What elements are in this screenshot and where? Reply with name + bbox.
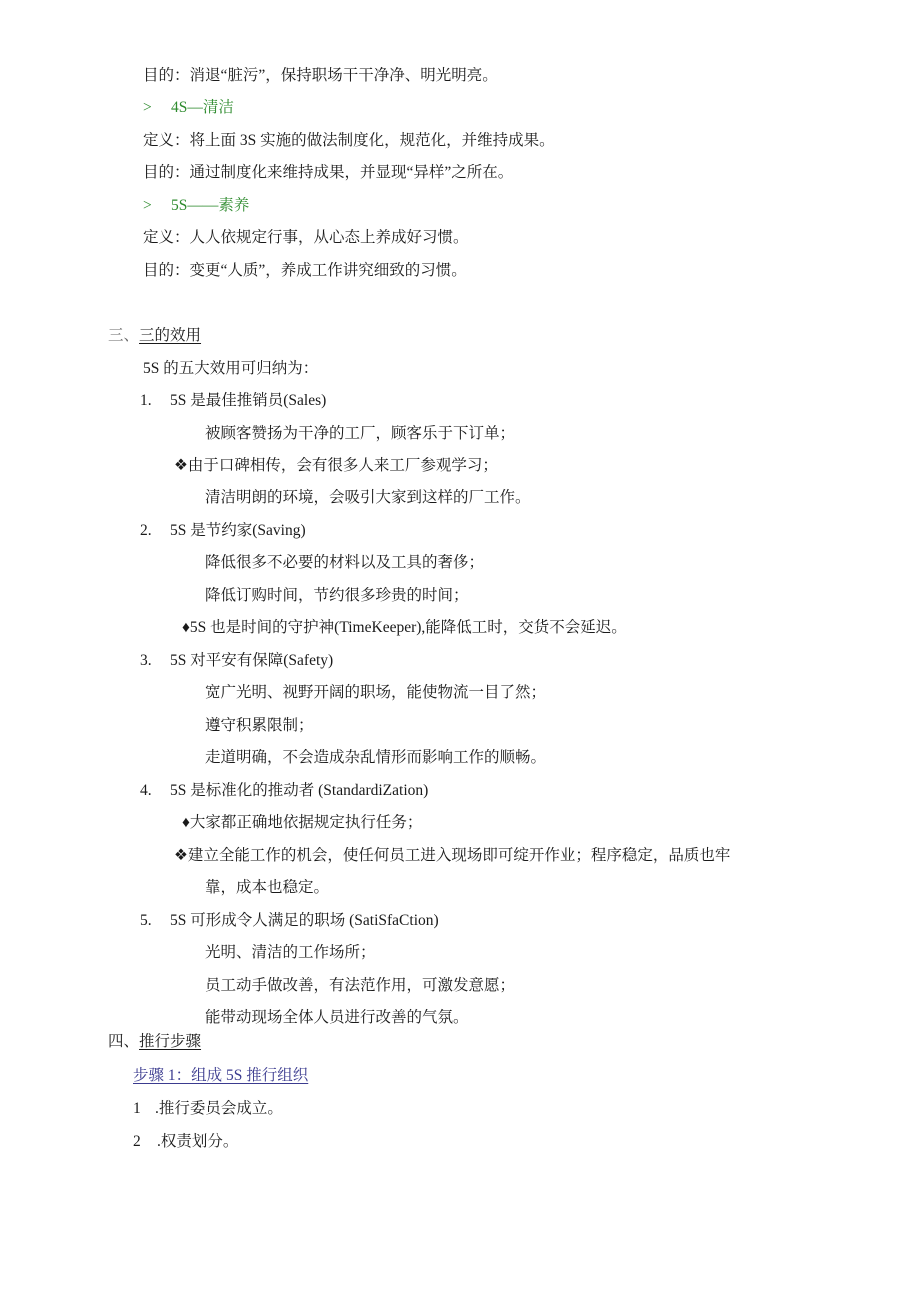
list-item: ❖建立全能工作的机会，使任何员工进入现场即可绽开作业；程序稳定，品质也牢 <box>174 846 730 866</box>
list-item: 清洁明朗的环境，会吸引大家到这样的厂工作。 <box>205 488 531 508</box>
list-item: 降低很多不必要的材料以及工具的奢侈； <box>205 553 484 573</box>
heading-5s-shitsuke: >5S——素养 <box>143 196 249 216</box>
list-item-continuation: 靠，成本也稳定。 <box>205 878 329 898</box>
item-title: 5S 是最佳推销员(Sales) <box>170 392 326 409</box>
list-item: 宽广光明、视野开阔的职场，能使物流一目了然； <box>205 683 546 703</box>
diamond-bullet-icon: ♦ <box>182 618 190 638</box>
section-4-prefix: 四、 <box>108 1033 139 1050</box>
section-3-prefix: 三、 <box>108 327 139 344</box>
chevron-right-icon: > <box>143 98 171 118</box>
list-item: ❖由于口碑相传，会有很多人来工厂参观学习； <box>174 456 498 476</box>
step-number: 2 <box>133 1132 157 1152</box>
benefit-item-4-title: 4.5S 是标准化的推动者 (StandardiZation) <box>140 781 428 801</box>
benefit-item-2-title: 2.5S 是节约家(Saving) <box>140 521 306 541</box>
list-item-text: 由于口碑相传，会有很多人来工厂参观学习； <box>188 457 498 474</box>
section-4-heading: 四、推行步骤 <box>108 1032 201 1052</box>
benefit-item-1-title: 1.5S 是最佳推销员(Sales) <box>140 391 326 411</box>
benefit-item-5-title: 5.5S 可形成令人满足的职场 (SatiSfaCtion) <box>140 911 439 931</box>
list-item: 被顾客赞扬为干净的工厂，顾客乐于下订单； <box>205 424 515 444</box>
heading-4s-title: 4S—清洁 <box>171 99 234 116</box>
list-item: 员工动手做改善，有法范作用，可激发意愿； <box>205 976 515 996</box>
5s-definition: 定义：人人依规定行事，从心态上养成好习惯。 <box>143 228 469 248</box>
section-3-title: 三的效用 <box>139 327 201 344</box>
step-text: .推行委员会成立。 <box>155 1100 283 1117</box>
section-3-heading: 三、三的效用 <box>108 326 201 346</box>
section-4-title: 推行步骤 <box>139 1033 201 1050</box>
step-1-link[interactable]: 步骤 1：组成 5S 推行组织 <box>133 1066 308 1086</box>
heading-4s-seiketsu: >4S—清洁 <box>143 98 234 118</box>
diamond-cluster-bullet-icon: ❖ <box>174 456 188 476</box>
section-3-intro: 5S 的五大效用可归纳为： <box>143 359 318 379</box>
list-item: 能带动现场全体人员进行改善的气氛。 <box>205 1008 469 1028</box>
step-list-item: 2.权责划分。 <box>133 1132 238 1152</box>
diamond-cluster-bullet-icon: ❖ <box>174 846 188 866</box>
4s-purpose: 目的：通过制度化来维持成果，并显现“异样”之所在。 <box>143 163 513 183</box>
seiso-purpose: 目的：消退“脏污”，保持职场干干净净、明光明亮。 <box>143 66 498 86</box>
item-number: 2. <box>140 521 170 541</box>
item-title: 5S 是标准化的推动者 (StandardiZation) <box>170 782 428 799</box>
list-item-text: 大家都正确地依据规定执行任务； <box>190 814 423 831</box>
item-title: 5S 是节约家(Saving) <box>170 522 306 539</box>
chevron-right-icon: > <box>143 196 171 216</box>
4s-definition: 定义：将上面 3S 实施的做法制度化，规范化，并维持成果。 <box>143 131 555 151</box>
list-item: ♦大家都正确地依据规定执行任务； <box>182 813 422 833</box>
step-list-item: 1.推行委员会成立。 <box>133 1099 283 1119</box>
item-number: 3. <box>140 651 170 671</box>
list-item: 走道明确，不会造成杂乱情形而影响工作的顺畅。 <box>205 748 546 768</box>
benefit-item-3-title: 3.5S 对平安有保障(Safety) <box>140 651 333 671</box>
list-item: 光明、清洁的工作场所； <box>205 943 376 963</box>
item-title: 5S 对平安有保障(Safety) <box>170 652 333 669</box>
5s-purpose: 目的：变更“人质”，养成工作讲究细致的习惯。 <box>143 261 467 281</box>
step-text: .权责划分。 <box>157 1133 238 1150</box>
item-number: 4. <box>140 781 170 801</box>
item-title: 5S 可形成令人满足的职场 (SatiSfaCtion) <box>170 912 439 929</box>
list-item: ♦5S 也是时间的守护神(TimeKeeper),能降低工时，交货不会延迟。 <box>182 618 627 638</box>
list-item: 遵守积累限制； <box>205 716 314 736</box>
list-item-text: 建立全能工作的机会，使任何员工进入现场即可绽开作业；程序稳定，品质也牢 <box>188 847 731 864</box>
list-item-text: 5S 也是时间的守护神(TimeKeeper),能降低工时，交货不会延迟。 <box>190 619 627 636</box>
item-number: 1. <box>140 391 170 411</box>
step-number: 1 <box>133 1099 155 1119</box>
list-item: 降低订购时间，节约很多珍贵的时间； <box>205 586 469 606</box>
diamond-bullet-icon: ♦ <box>182 813 190 833</box>
heading-5s-title: 5S——素养 <box>171 197 249 214</box>
item-number: 5. <box>140 911 170 931</box>
